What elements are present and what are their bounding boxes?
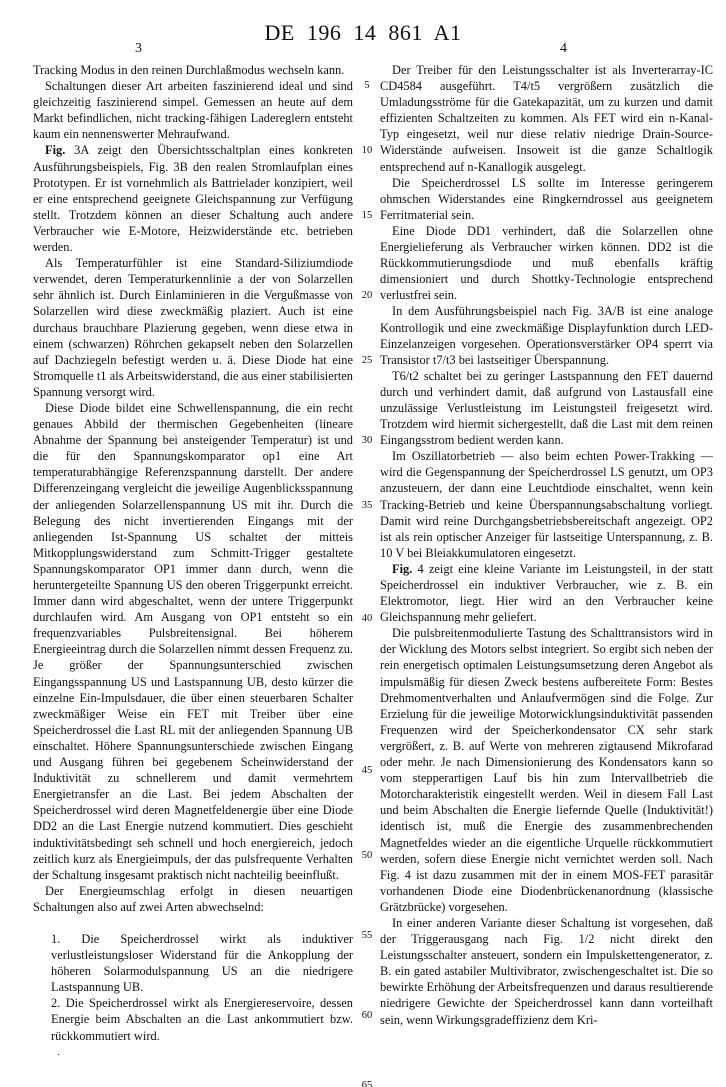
fig-ref: Fig. (45, 143, 65, 157)
line-number: 50 (358, 850, 376, 861)
page-number-right: 4 (560, 41, 567, 57)
paragraph: Fig. 4 zeigt eine kleine Variante im Lei… (380, 561, 713, 625)
paragraph: Diese Diode bildet eine Schwellenspannun… (33, 400, 353, 883)
list-item: 1. Die Speicherdrossel wirkt als indukti… (33, 931, 353, 995)
line-number: 20 (358, 290, 376, 301)
patent-title: DE 196 14 861 A1 (0, 20, 726, 46)
paragraph: In dem Ausführungsbeispiel nach Fig. 3A/… (380, 303, 713, 367)
line-number: 60 (358, 1010, 376, 1021)
paragraph: Tracking Modus in den reinen Durchlaßmod… (33, 62, 353, 78)
paragraph: Der Treiber für den Leistungsschalter is… (380, 62, 713, 175)
paragraph: Fig. 3A zeigt den Übersichtsschaltplan e… (33, 142, 353, 255)
paragraph: T6/t2 schaltet bei zu geringer Lastspann… (380, 368, 713, 448)
paragraph: Als Temperaturfühler ist eine Standard-S… (33, 255, 353, 400)
fig-ref: Fig. (392, 562, 412, 576)
line-number: 30 (358, 435, 376, 446)
paragraph: Die pulsbreitenmodulierte Tastung des Sc… (380, 625, 713, 915)
paragraph: Im Oszillatorbetrieb — also beim echten … (380, 448, 713, 561)
left-column: Tracking Modus in den reinen Durchlaßmod… (33, 62, 353, 1044)
line-number: 65 (358, 1080, 376, 1087)
line-number: 10 (358, 145, 376, 156)
line-number: 45 (358, 765, 376, 776)
paragraph: Der Energieumschlag erfolgt in diesen ne… (33, 883, 353, 915)
paragraph: Schaltungen dieser Art arbeiten faszinie… (33, 78, 353, 142)
line-number: 5 (358, 80, 376, 91)
line-number: 15 (358, 210, 376, 221)
right-column: Der Treiber für den Leistungsschalter is… (380, 62, 713, 1028)
numbered-list: 1. Die Speicherdrossel wirkt als indukti… (33, 931, 353, 1044)
paragraph: Eine Diode DD1 verhindert, daß die Solar… (380, 223, 713, 303)
line-number: 40 (358, 613, 376, 624)
line-number: 55 (358, 930, 376, 941)
line-number: 35 (358, 500, 376, 511)
paragraph: In einer anderen Variante dieser Schaltu… (380, 915, 713, 1028)
page-number-left: 3 (135, 41, 142, 57)
line-number: 25 (358, 355, 376, 366)
scan-speck (58, 1054, 59, 1055)
list-item: 2. Die Speicherdrossel wirkt als Energie… (33, 995, 353, 1043)
paragraph: Die Speicherdrossel LS sollte im Interes… (380, 175, 713, 223)
